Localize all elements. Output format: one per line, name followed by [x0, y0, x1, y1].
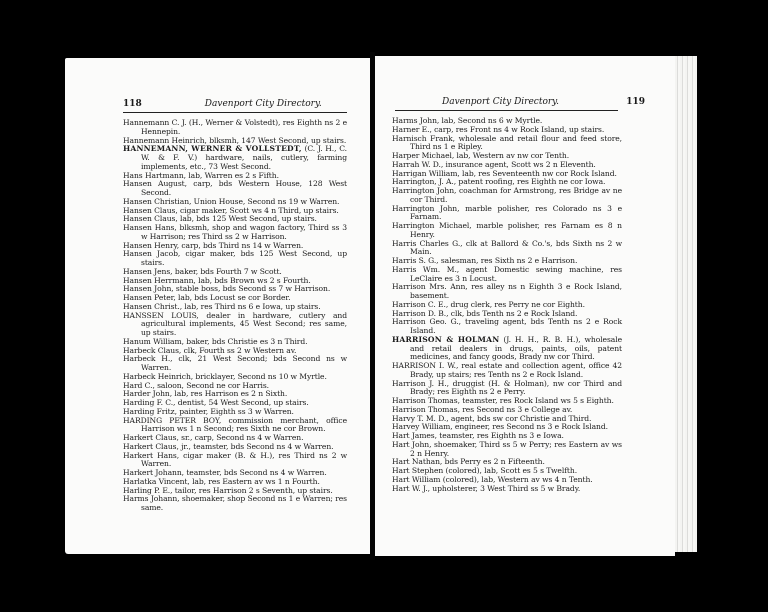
entry-text: Hansen Jacob, cigar maker, bds 125 West … [123, 249, 347, 267]
entry-text: Harrison C. E., drug clerk, res Perry ne… [392, 300, 585, 309]
entry-text: Harkert Hans, cigar maker (B. & H.), res… [123, 451, 347, 469]
directory-entry: Harms Johann, shoemaker, shop Second ns … [123, 495, 347, 513]
entry-text: Harrington John, marble polisher, res Co… [392, 204, 622, 222]
directory-entry: HARDING PETER BOY, commission merchant, … [123, 417, 347, 435]
entry-text: Harrison Thomas, res Second ns 3 e Colle… [392, 405, 572, 414]
header-rule [395, 110, 618, 111]
entry-text: Harrison Geo. G., traveling agent, bds T… [392, 317, 622, 335]
directory-entry: Harrison J. H., druggist (H. & Holman), … [392, 380, 622, 398]
directory-entry: Harrington John, coachman for Armstrong,… [392, 187, 622, 205]
entry-text: Hanum William, baker, bds Christie es 3 … [123, 337, 307, 346]
entry-text: Hart Stephen (colored), lab, Scott es 5 … [392, 466, 577, 475]
entry-text: Harkert Claus, sr., carp, Second ns 4 w … [123, 433, 303, 442]
directory-entry: HARRISON & HOLMAN (J. H. H., R. B. H.), … [392, 336, 622, 362]
entry-text: Harrah W. D., insurance agent, Scott ws … [392, 160, 596, 169]
entry-text: Harms Johann, shoemaker, shop Second ns … [123, 494, 347, 512]
entry-text: Hansen Herrmann, lab, bds Brown ws 2 s F… [123, 276, 311, 285]
entry-text: Hansen Christ., lab, res Third ns 6 e Io… [123, 302, 321, 311]
entry-text: Harrington Michael, marble polisher, res… [392, 221, 622, 239]
entry-text: Harrison D. B., clk, bds Tenth ns 2 e Ro… [392, 309, 577, 318]
directory-entry: Hansen Jacob, cigar maker, bds 125 West … [123, 250, 347, 268]
page-edges [675, 56, 697, 552]
entry-text: Hart William (colored), lab, Western av … [392, 475, 593, 484]
directory-entry: HANNEMANN, WERNER & VOLLSTEDT, (C. J. H.… [123, 145, 347, 171]
right-page: Davenport City Directory. 119 Harms John… [375, 56, 675, 556]
entry-text: Harlatka Vincent, lab, res Eastern av ws… [123, 477, 320, 486]
page-header: Davenport City Directory. 119 [395, 97, 645, 107]
directory-entries: Hannemann C. J. (H., Werner & Volstedt),… [123, 119, 347, 513]
entry-text: Hard C., saloon, Second ne cor Harris. [123, 381, 269, 390]
directory-entry: Hart W. J., upholsterer, 3 West Third ss… [392, 485, 622, 494]
entry-text: Harms John, lab, Second ns 6 w Myrtle. [392, 116, 542, 125]
entry-text: Harrigan William, lab, res Seventeenth n… [392, 169, 617, 178]
running-title: Davenport City Directory. [205, 99, 322, 109]
entry-text: Hart James, teamster, res Eighth ns 3 e … [392, 431, 564, 440]
entry-text: Hart Nathan, bds Perry es 2 n Fifteenth. [392, 457, 545, 466]
entry-text: Harper Michael, lab, Western av nw cor T… [392, 151, 569, 160]
firm-name: HARRISON & HOLMAN [392, 335, 499, 344]
entry-text: Harris S. G., salesman, res Sixth ns 2 e… [392, 256, 577, 265]
entry-text: Harrison Thomas, teamster, res Rock Isla… [392, 396, 614, 405]
directory-entry: Hansen August, carp, bds Western House, … [123, 180, 347, 198]
entry-text: Hansen John, stable boss, bds Second ss … [123, 284, 330, 293]
entry-text: HARRISON I. W., real estate and collecti… [392, 361, 622, 379]
header-rule [123, 112, 347, 113]
entry-text: Hansen Christian, Union House, Second ns… [123, 197, 339, 206]
entry-text: Hansen Peter, lab, bds Locust se cor Bor… [123, 293, 290, 302]
entry-text: Hansen Jens, baker, bds Fourth 7 w Scott… [123, 267, 282, 276]
entry-text: Harrington John, coachman for Armstrong,… [392, 186, 622, 204]
entry-text: Harbeck H., clk, 21 West Second; bds Sec… [123, 354, 347, 372]
entry-text: Harbeck Heinrich, bricklayer, Second ns … [123, 372, 327, 381]
entry-text: Harner E., carp, res Front ns 4 w Rock I… [392, 125, 604, 134]
entry-text: Hansen Claus, lab, bds 125 West Second, … [123, 214, 317, 223]
firm-name: HANNEMANN, WERNER & VOLLSTEDT, [123, 144, 302, 153]
directory-entry: Harkert Hans, cigar maker (B. & H.), res… [123, 452, 347, 470]
entry-text: Harding Fritz, painter, Eighth ss 3 w Wa… [123, 407, 294, 416]
directory-entry: Harrington John, marble polisher, res Co… [392, 205, 622, 223]
directory-entry: Hannemann C. J. (H., Werner & Volstedt),… [123, 119, 347, 137]
directory-entries: Harms John, lab, Second ns 6 w Myrtle.Ha… [392, 117, 622, 493]
entry-text: Harrington, J. A., patent roofing, res E… [392, 177, 605, 186]
entry-text: Harvy T. M. D., agent, bds sw cor Christ… [392, 414, 591, 423]
directory-entry: Harnisch Frank, wholesale and retail flo… [392, 135, 622, 153]
directory-entry: Harris Charles G., clk at Ballord & Co.'… [392, 240, 622, 258]
entry-text: Harris Charles G., clk at Ballord & Co.'… [392, 239, 622, 257]
entry-text: Harbeck Claus, clk, Fourth ss 2 w Wester… [123, 346, 296, 355]
directory-entry: Hansen Hans, blksmh, shop and wagon fact… [123, 224, 347, 242]
entry-text: Harnisch Frank, wholesale and retail flo… [392, 134, 622, 152]
entry-text: Harrison J. H., druggist (H. & Holman), … [392, 379, 622, 397]
directory-entry: Hart John, shoemaker, Third ss 5 w Perry… [392, 441, 622, 459]
entry-text: Harkert Claus, jr., teamster, bds Second… [123, 442, 334, 451]
directory-entry: HANSSEN LOUIS, dealer in hardware, cutle… [123, 312, 347, 338]
entry-text: Hart W. J., upholsterer, 3 West Third ss… [392, 484, 580, 493]
entry-text: Harvey William, engineer, res Second ns … [392, 422, 608, 431]
entry-text: Hannemann C. J. (H., Werner & Volstedt),… [123, 118, 347, 136]
entry-text: Hart John, shoemaker, Third ss 5 w Perry… [392, 440, 622, 458]
entry-text: Harkert Johann, teamster, bds Second ns … [123, 468, 327, 477]
entry-text: Hansen Hans, blksmh, shop and wagon fact… [123, 223, 347, 241]
page-number: 119 [626, 97, 645, 107]
entry-text: Harding F. C., dentist, 54 West Second, … [123, 398, 309, 407]
entry-text: Hannemann Heinrich, blksmh, 147 West Sec… [123, 136, 346, 145]
entry-text: Hansen Henry, carp, bds Third ns 14 w Wa… [123, 241, 303, 250]
directory-entry: Harris Wm. M., agent Domestic sewing mac… [392, 266, 622, 284]
entry-text: Hansen Claus, cigar maker, Scott ws 4 n … [123, 206, 339, 215]
left-page: 118 Davenport City Directory. Hannemann … [65, 58, 370, 554]
entry-text: HANSSEN LOUIS, dealer in hardware, cutle… [123, 311, 347, 338]
entry-text: Hansen August, carp, bds Western House, … [123, 179, 347, 197]
entry-text: Harling P. E., tailor, res Harrison 2 s … [123, 486, 333, 495]
entry-text: Harris Wm. M., agent Domestic sewing mac… [392, 265, 622, 283]
running-title: Davenport City Directory. [442, 97, 559, 107]
directory-entry: HARRISON I. W., real estate and collecti… [392, 362, 622, 380]
directory-entry: Harrington Michael, marble polisher, res… [392, 222, 622, 240]
directory-entry: Harrison Geo. G., traveling agent, bds T… [392, 318, 622, 336]
entry-text: Harder John, lab, res Harrison es 2 n Si… [123, 389, 287, 398]
directory-entry: Harbeck H., clk, 21 West Second; bds Sec… [123, 355, 347, 373]
entry-text: Harrison Mrs. Ann, res alley ns n Eighth… [392, 282, 622, 300]
page-header: 118 Davenport City Directory. [123, 99, 368, 109]
entry-text: HARDING PETER BOY, commission merchant, … [123, 416, 347, 434]
page-number: 118 [123, 99, 142, 109]
entry-text: Hans Hartmann, lab, Warren es 2 s Fifth. [123, 171, 279, 180]
directory-entry: Harrison Mrs. Ann, res alley ns n Eighth… [392, 283, 622, 301]
